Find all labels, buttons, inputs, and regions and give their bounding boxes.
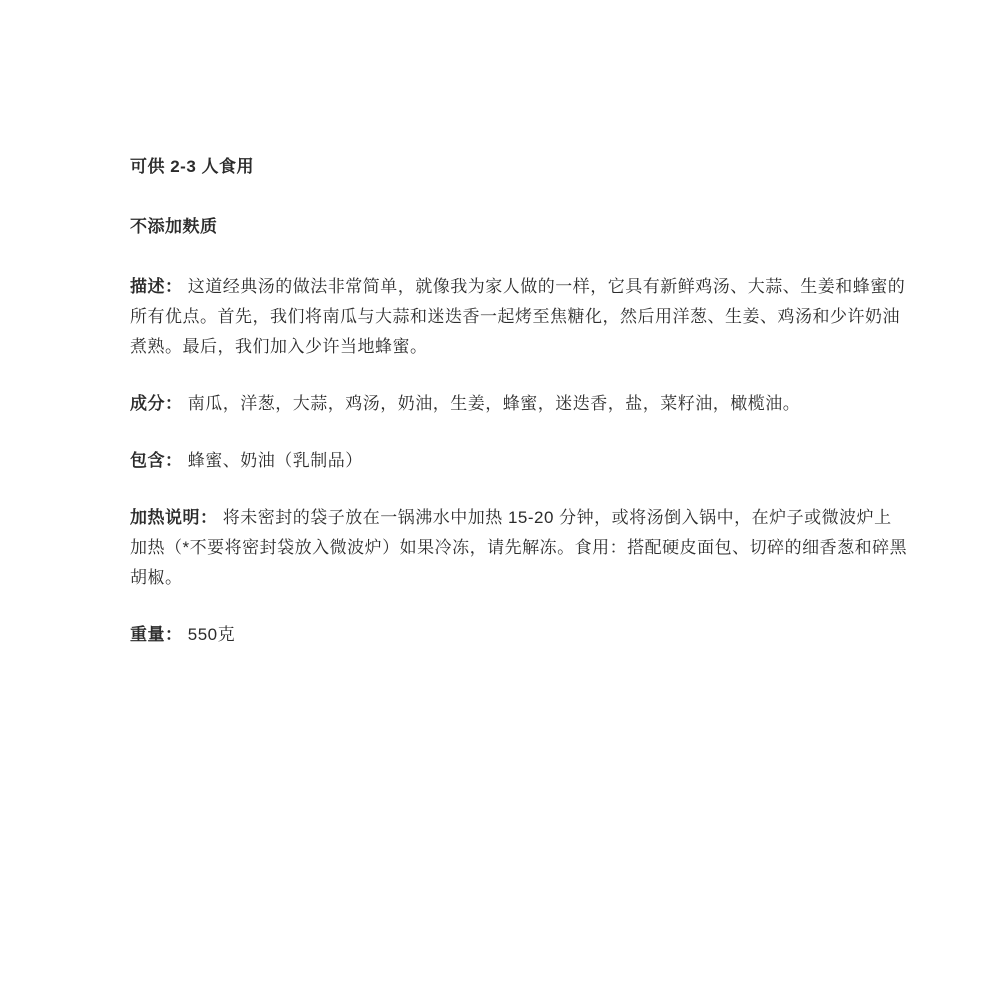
weight-paragraph: 重量：550克: [130, 620, 908, 650]
servings-line: 可供 2-3 人食用: [130, 152, 908, 182]
heating-instructions-paragraph: 加热说明：将未密封的袋子放在一锅沸水中加热 15-20 分钟，或将汤倒入锅中，在…: [130, 503, 908, 593]
ingredients-paragraph: 成分：南瓜，洋葱，大蒜，鸡汤，奶油，生姜，蜂蜜，迷迭香，盐，菜籽油，橄榄油。: [130, 389, 908, 419]
description-text: 这道经典汤的做法非常简单，就像我为家人做的一样，它具有新鲜鸡汤、大蒜、生姜和蜂蜜…: [130, 277, 905, 356]
description-paragraph: 描述：这道经典汤的做法非常简单，就像我为家人做的一样，它具有新鲜鸡汤、大蒜、生姜…: [130, 272, 908, 362]
contains-label: 包含：: [130, 451, 188, 470]
ingredients-label: 成分：: [130, 394, 188, 413]
description-label: 描述：: [130, 277, 188, 296]
weight-text: 550克: [188, 625, 235, 644]
gluten-free-line: 不添加麸质: [130, 212, 908, 242]
heating-instructions-label: 加热说明：: [130, 508, 223, 527]
contains-paragraph: 包含：蜂蜜、奶油（乳制品）: [130, 446, 908, 476]
ingredients-text: 南瓜，洋葱，大蒜，鸡汤，奶油，生姜，蜂蜜，迷迭香，盐，菜籽油，橄榄油。: [188, 394, 801, 413]
heating-instructions-text: 将未密封的袋子放在一锅沸水中加热 15-20 分钟，或将汤倒入锅中，在炉子或微波…: [130, 508, 907, 587]
product-description-document: 可供 2-3 人食用 不添加麸质 描述：这道经典汤的做法非常简单，就像我为家人做…: [130, 152, 908, 676]
weight-label: 重量：: [130, 625, 188, 644]
contains-text: 蜂蜜、奶油（乳制品）: [188, 451, 363, 470]
